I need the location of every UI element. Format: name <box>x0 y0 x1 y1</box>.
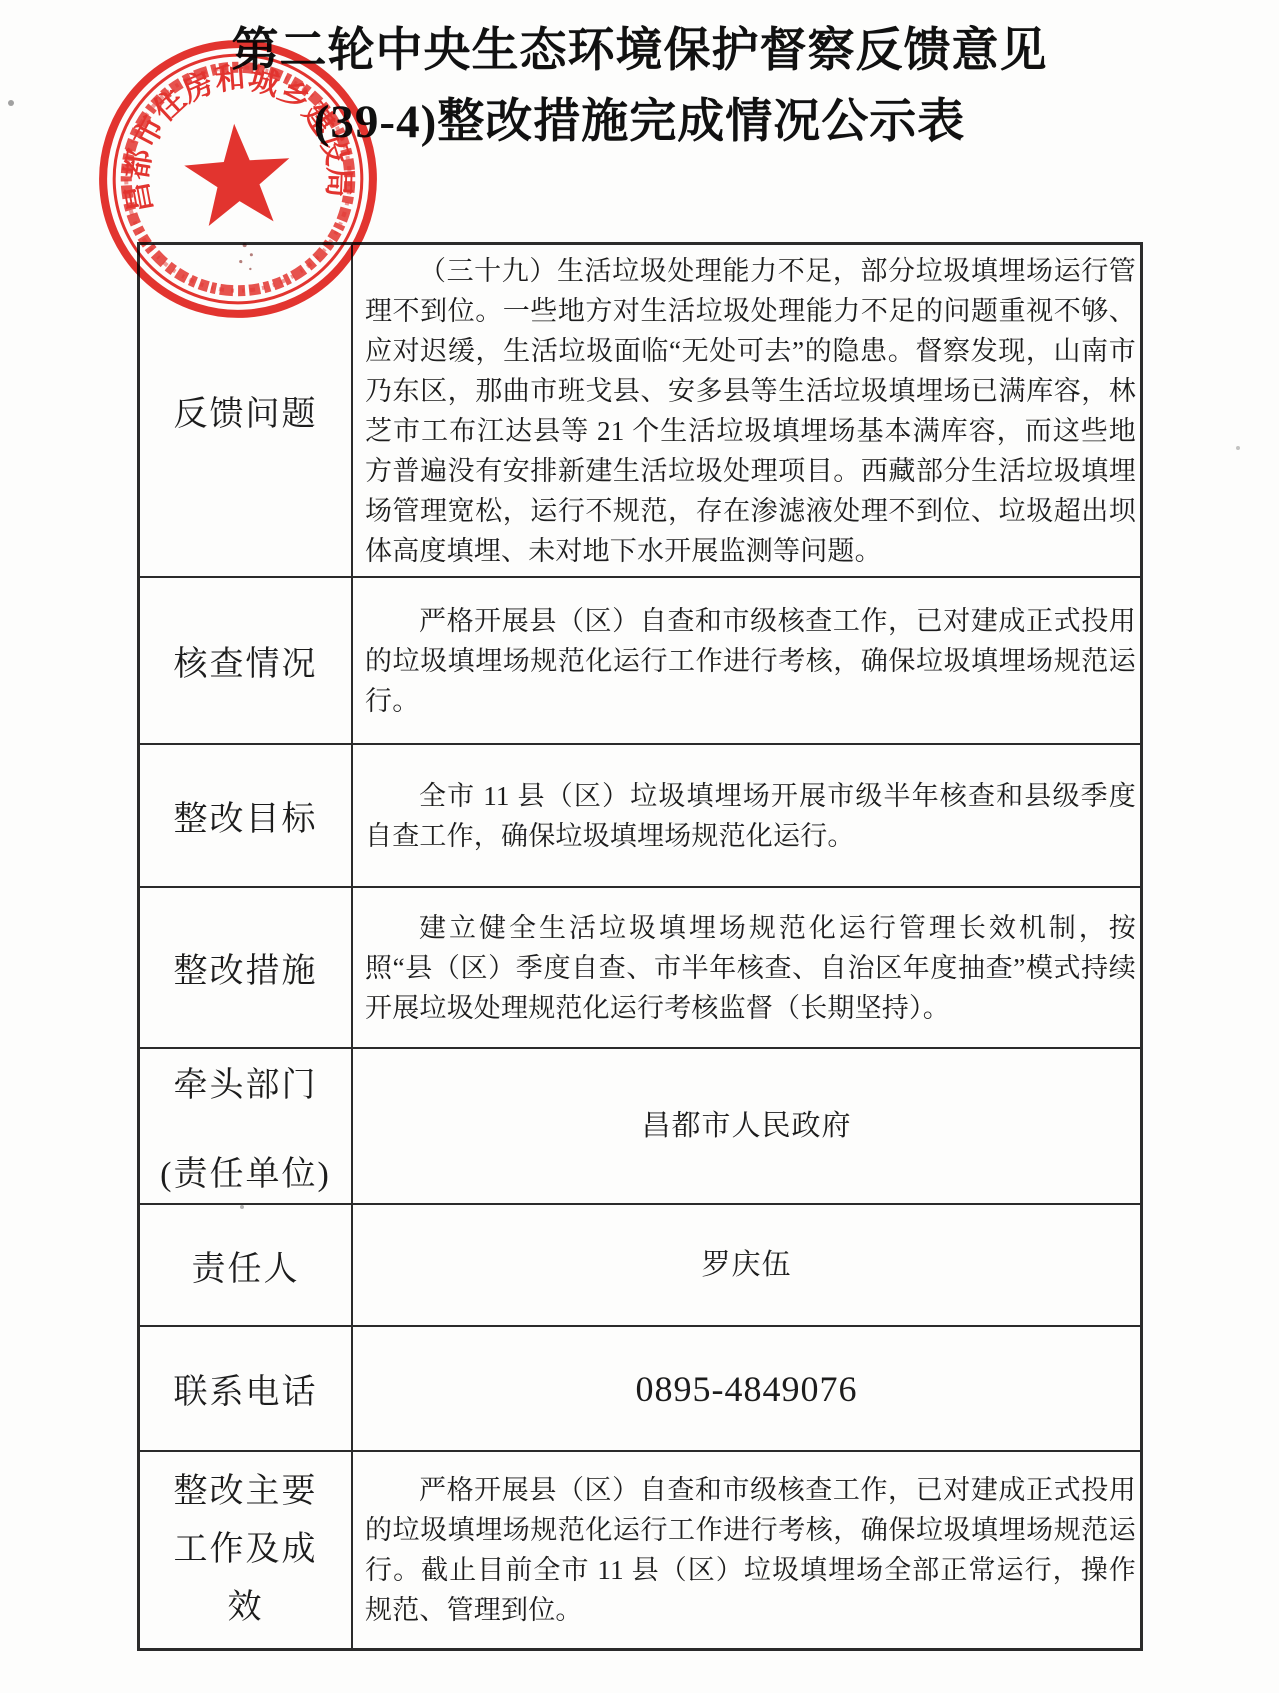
table-row-lead-department: 牵头部门 (责任单位) 昌都市人民政府 <box>140 1047 1140 1203</box>
official-red-seal: 昌都市住房和城乡建设局 <box>77 18 399 340</box>
stamp-smudge-specks <box>238 243 254 271</box>
table-row-main-work-results: 整改主要工作及成效 严格开展县（区）自查和市级核查工作，已对建成正式投用的垃圾填… <box>140 1450 1140 1648</box>
scan-speckle <box>1236 446 1240 450</box>
row-label-text: 整改措施 <box>174 943 318 992</box>
row-label-text: 责任人 <box>192 1241 300 1290</box>
phone-number: 0895-4849076 <box>636 1369 858 1409</box>
row-label-text: 牵头部门 <box>174 1057 318 1106</box>
row-value: 建立健全生活垃圾填埋场规范化运行管理长效机制，按照“县（区）季度自查、市半年核查… <box>353 888 1140 1047</box>
row-label: 联系电话 <box>140 1327 353 1450</box>
row-value-text: 全市 11 县（区）垃圾填埋场开展市级半年核查和县级季度自查工作，确保垃圾填埋场… <box>353 770 1140 862</box>
row-value: 严格开展县（区）自查和市级核查工作，已对建成正式投用的垃圾填埋场规范化运行工作进… <box>353 1452 1140 1648</box>
row-value: 全市 11 县（区）垃圾填埋场开展市级半年核查和县级季度自查工作，确保垃圾填埋场… <box>353 745 1140 886</box>
row-label: 整改措施 <box>140 888 353 1047</box>
scanned-document-page: 第二轮中央生态环境保护督察反馈意见 (39-4)整改措施完成情况公示表 昌都市住… <box>0 0 1279 1693</box>
row-label: 牵头部门 (责任单位) <box>140 1049 353 1203</box>
row-label-text: 整改目标 <box>174 791 318 840</box>
table-row-goal: 整改目标 全市 11 县（区）垃圾填埋场开展市级半年核查和县级季度自查工作，确保… <box>140 743 1140 886</box>
row-label-text: 核查情况 <box>174 636 318 685</box>
row-value-text: （三十九）生活垃圾处理能力不足，部分垃圾填埋场运行管理不到位。一些地方对生活垃圾… <box>353 245 1140 577</box>
row-value: 昌都市人民政府 <box>353 1049 1140 1203</box>
row-label: 整改主要工作及成效 <box>140 1452 353 1648</box>
row-value: （三十九）生活垃圾处理能力不足，部分垃圾填埋场运行管理不到位。一些地方对生活垃圾… <box>353 245 1140 576</box>
row-value-text: 建立健全生活垃圾填埋场规范化运行管理长效机制，按照“县（区）季度自查、市半年核查… <box>353 902 1140 1034</box>
row-label: 整改目标 <box>140 745 353 886</box>
row-label: 责任人 <box>140 1205 353 1325</box>
row-value-text: 严格开展县（区）自查和市级核查工作，已对建成正式投用的垃圾填埋场规范化运行工作进… <box>353 1464 1140 1636</box>
row-value-text: 罗庆伍 <box>701 1245 791 1285</box>
row-value: 0895-4849076 <box>353 1327 1140 1450</box>
row-label-text: 联系电话 <box>174 1364 318 1413</box>
row-label: 核查情况 <box>140 578 353 743</box>
scan-speckle <box>8 100 14 106</box>
table-row-responsible-person: 责任人 罗庆伍 <box>140 1203 1140 1325</box>
table-row-contact-phone: 联系电话 0895-4849076 <box>140 1325 1140 1450</box>
row-label-text: 整改主要工作及成效 <box>158 1463 333 1637</box>
table-row-measures: 整改措施 建立健全生活垃圾填埋场规范化运行管理长效机制，按照“县（区）季度自查、… <box>140 886 1140 1047</box>
row-value-text: 昌都市人民政府 <box>641 1106 851 1146</box>
row-value-text: 严格开展县（区）自查和市级核查工作，已对建成正式投用的垃圾填埋场规范化运行工作进… <box>353 595 1140 727</box>
rectification-table: 反馈问题 （三十九）生活垃圾处理能力不足，部分垃圾填埋场运行管理不到位。一些地方… <box>137 242 1143 1651</box>
row-sublabel-text: (责任单位) <box>160 1146 331 1195</box>
row-value: 罗庆伍 <box>353 1205 1140 1325</box>
stamp-star <box>182 120 294 227</box>
row-label-text: 反馈问题 <box>174 386 318 435</box>
scan-speckle <box>240 1205 244 1209</box>
row-value: 严格开展县（区）自查和市级核查工作，已对建成正式投用的垃圾填埋场规范化运行工作进… <box>353 578 1140 743</box>
table-row-verification: 核查情况 严格开展县（区）自查和市级核查工作，已对建成正式投用的垃圾填埋场规范化… <box>140 576 1140 743</box>
